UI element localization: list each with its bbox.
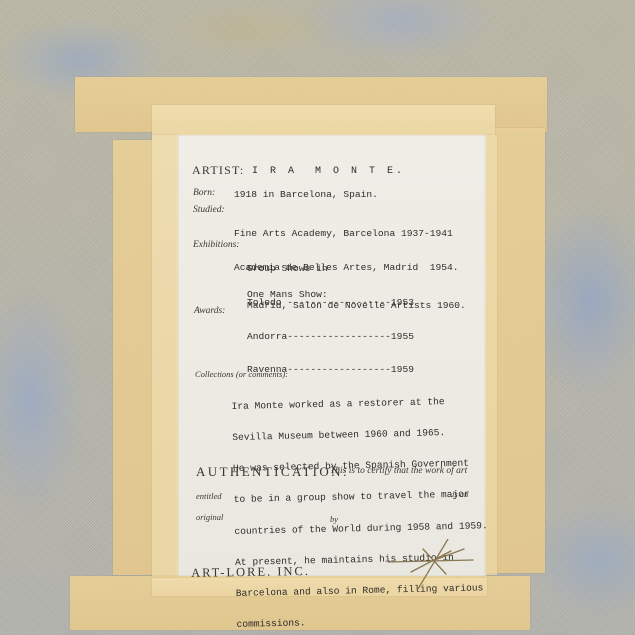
authentication-text: This is to certify that the work of art [330,466,467,476]
one-man-show-label: One Mans Show: [247,289,328,300]
born-label: Born: [193,188,215,198]
tape-top-inner [152,105,495,135]
original-label: original [196,512,223,522]
exhibitions-list: Group Shows in Toledo ------------------… [247,241,414,387]
entitled-label: entitled [196,491,222,501]
authentication-heading: AUTHENTICATION: [196,464,349,480]
exhibition-line: Andorra------------------1955 [247,331,414,342]
by-label: by [330,514,338,524]
collections-label: Collections (or comments): [195,369,288,379]
studied-label: Studied: [193,205,225,215]
comment-line: commissions. [236,615,489,631]
comment-line: Sevilla Museum between 1960 and 1965. [232,427,485,443]
comment-line: Ira Monte worked as a restorer at the [231,396,484,412]
comment-line: countries of the World during 1958 and 1… [234,521,487,537]
awards-value: Madrid, Salon de Novelle Artists 1960. [247,300,466,311]
artist-name: I R A M O N T E. [252,166,405,177]
is-an-label: is an [452,489,468,499]
studied-line: Fine Arts Academy, Barcelona 1937-1941 [234,228,459,239]
brand-name: ART-LORE. INC. [191,564,310,581]
exhibitions-label: Exhibitions: [193,240,239,250]
exhibition-line: Group Shows in [247,263,414,274]
comments-list: Ira Monte worked as a restorer at the Se… [231,375,490,635]
tape-left [113,140,153,575]
comment-line: to be in a group show to travel the majo… [234,490,487,506]
born-value: 1918 in Barcelona, Spain. [234,189,378,200]
awards-label: Awards: [194,306,225,316]
tape-left-inner [152,135,178,578]
starburst-signature-icon [388,539,478,589]
artist-heading: ARTIST: [192,163,244,178]
